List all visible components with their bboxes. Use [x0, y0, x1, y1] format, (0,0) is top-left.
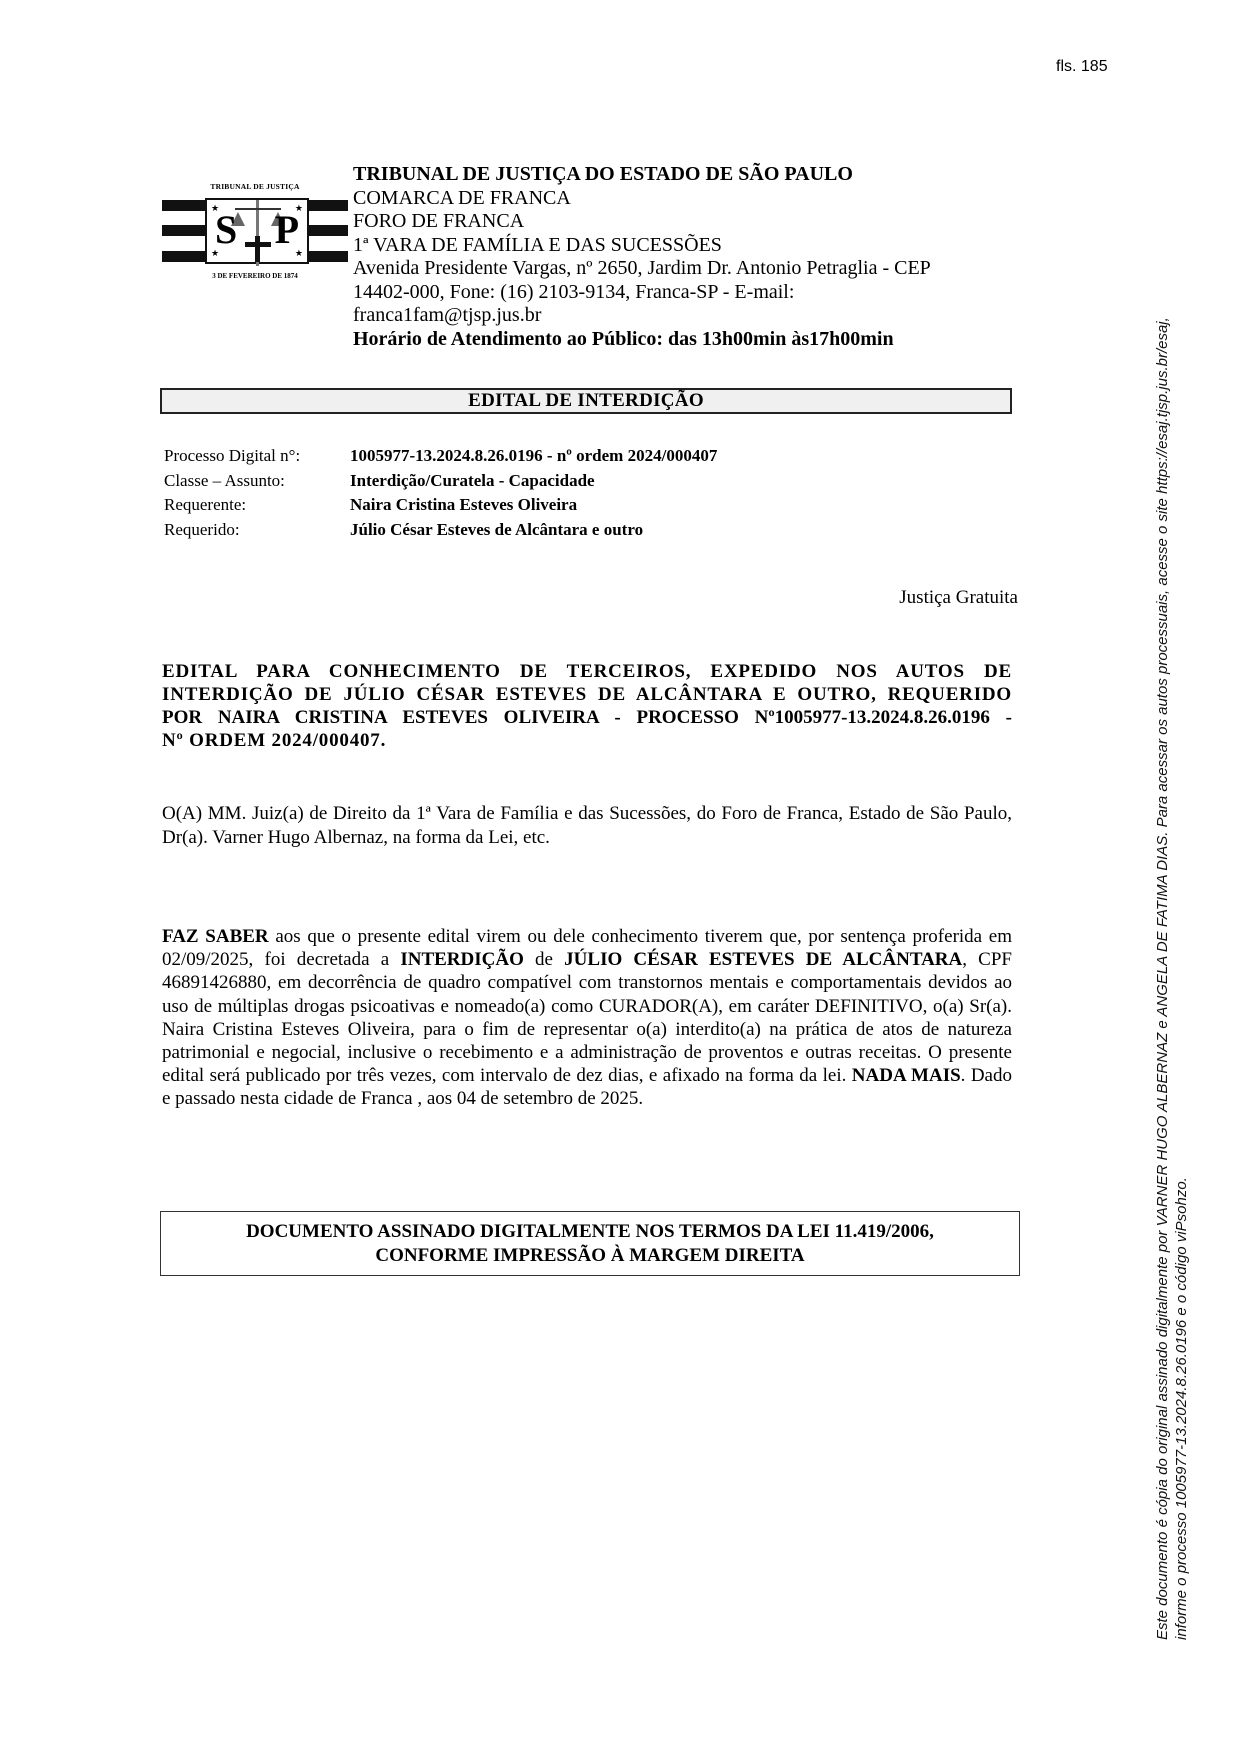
edital-heading-line: EDITAL PARA CONHECIMENTO DE TERCEIROS, E…: [162, 660, 1012, 683]
court-name: TRIBUNAL DE JUSTIÇA DO ESTADO DE SÃO PAU…: [353, 163, 993, 187]
body-text: de: [524, 949, 564, 970]
interdicao-keyword: INTERDIÇÃO: [400, 949, 524, 970]
edital-heading-line: Nº ORDEM 2024/000407.: [162, 729, 1012, 752]
edital-heading-line: POR NAIRA CRISTINA ESTEVES OLIVEIRA - PR…: [162, 706, 1012, 729]
process-info-row: Requerente: Naira Cristina Esteves Olive…: [164, 493, 717, 518]
faz-saber: FAZ SABER: [162, 926, 269, 947]
nada-mais: NADA MAIS: [852, 1065, 961, 1086]
process-info-label: Processo Digital n°:: [164, 444, 350, 469]
process-info-row: Processo Digital n°: 1005977-13.2024.8.2…: [164, 444, 717, 469]
court-header: TRIBUNAL DE JUSTIÇA DO ESTADO DE SÃO PAU…: [353, 163, 993, 351]
signature-notice-line: CONFORME IMPRESSÃO À MARGEM DIREITA: [161, 1244, 1019, 1268]
process-info-row: Classe – Assunto: Interdição/Curatela - …: [164, 469, 717, 494]
office-hours: Horário de Atendimento ao Público: das 1…: [353, 328, 993, 352]
margin-note-line-1: Este documento é cópia do original assin…: [1153, 140, 1172, 1640]
process-info-value: Interdição/Curatela - Capacidade: [350, 469, 595, 494]
free-justice-note: Justiça Gratuita: [899, 587, 1018, 609]
logo-top-caption: TRIBUNAL DE JUSTIÇA: [162, 182, 348, 191]
process-info-label: Requerente:: [164, 493, 350, 518]
process-info-row: Requerido: Júlio César Esteves de Alcânt…: [164, 518, 717, 543]
process-info-label: Requerido:: [164, 518, 350, 543]
edital-heading-line: INTERDIÇÃO DE JÚLIO CÉSAR ESTEVES DE ALC…: [162, 683, 1012, 706]
edital-body: FAZ SABER aos que o presente edital vire…: [162, 925, 1012, 1111]
document-title: EDITAL DE INTERDIÇÃO: [160, 388, 1012, 414]
address-line-1: Avenida Presidente Vargas, nº 2650, Jard…: [353, 257, 993, 281]
signature-notice-line: DOCUMENTO ASSINADO DIGITALMENTE NOS TERM…: [161, 1220, 1019, 1244]
margin-authenticity-note: Este documento é cópia do original assin…: [1153, 140, 1191, 1640]
comarca: COMARCA DE FRANCA: [353, 187, 993, 211]
address-line-2: 14402-000, Fone: (16) 2103-9134, Franca-…: [353, 281, 993, 305]
process-info-value: 1005977-13.2024.8.26.0196 - nº ordem 202…: [350, 444, 717, 469]
edital-heading: EDITAL PARA CONHECIMENTO DE TERCEIROS, E…: [162, 660, 1012, 752]
judge-intro: O(A) MM. Juiz(a) de Direito da 1ª Vara d…: [162, 802, 1012, 849]
process-info-label: Classe – Assunto:: [164, 469, 350, 494]
margin-note-text: informe o processo 1005977-13.2024.8.26.…: [1173, 1177, 1190, 1640]
margin-note-line-2: informe o processo 1005977-13.2024.8.26.…: [1172, 140, 1191, 1640]
process-info: Processo Digital n°: 1005977-13.2024.8.2…: [164, 444, 717, 542]
margin-note-text: Este documento é cópia do original assin…: [1154, 317, 1171, 1640]
logo-letter-s: S: [215, 206, 237, 254]
email: franca1fam@tjsp.jus.br: [353, 304, 993, 328]
logo-bottom-caption: 3 DE FEVEREIRO DE 1874: [162, 272, 348, 280]
process-info-value: Naira Cristina Esteves Oliveira: [350, 493, 577, 518]
sword-guard-icon: [245, 242, 271, 247]
logo-letter-p: P: [275, 206, 299, 254]
sword-hilt-icon: [255, 236, 260, 262]
process-info-value: Júlio César Esteves de Alcântara e outro: [350, 518, 643, 543]
digital-signature-notice: DOCUMENTO ASSINADO DIGITALMENTE NOS TERM…: [160, 1211, 1020, 1276]
page-number: fls. 185: [1056, 58, 1108, 76]
foro: FORO DE FRANCA: [353, 210, 993, 234]
interdito-name: JÚLIO CÉSAR ESTEVES DE ALCÂNTARA: [564, 949, 962, 970]
logo-center-panel: ★ ★ ★ ★ S P: [205, 198, 309, 264]
vara: 1ª VARA DE FAMÍLIA E DAS SUCESSÕES: [353, 234, 993, 258]
court-seal-logo: TRIBUNAL DE JUSTIÇA ★ ★ ★ ★ S P 3 DE FEV…: [162, 148, 348, 284]
